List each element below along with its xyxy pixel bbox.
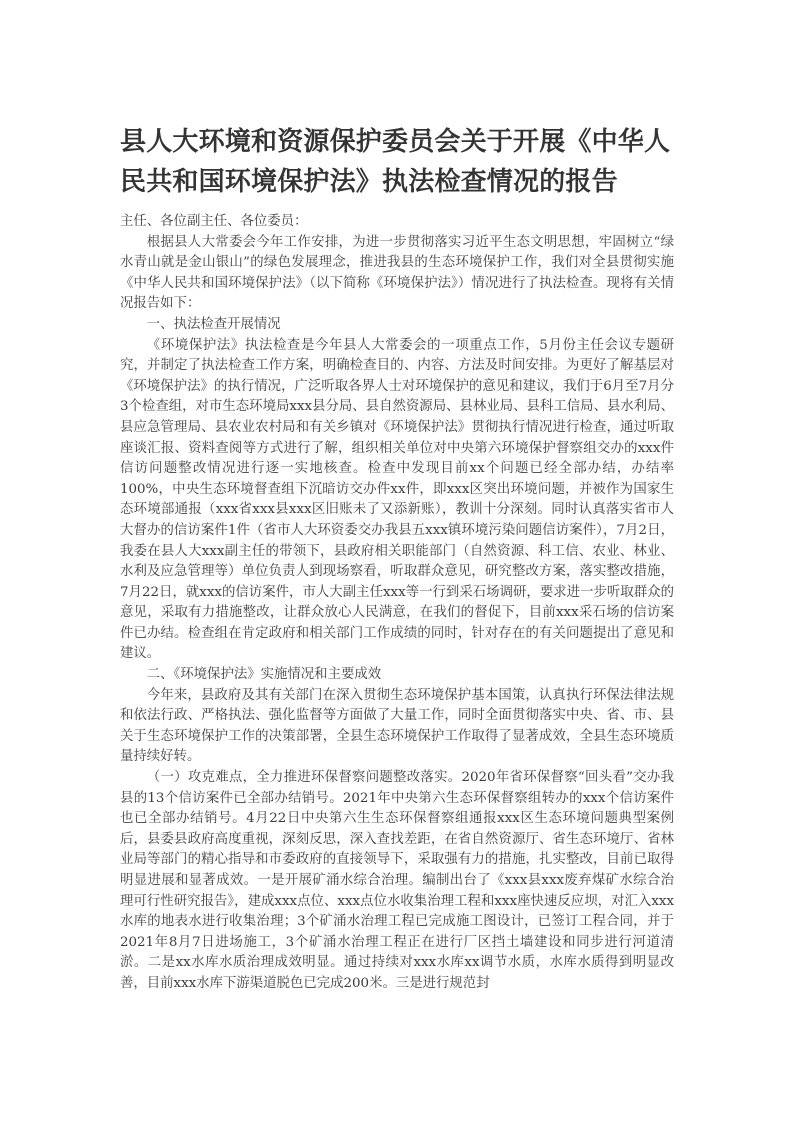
subsection-1-paragraph: （一）攻克难点，全力推进环保督察问题整改落实。2020年省环保督察“回头看”交办… bbox=[120, 768, 674, 995]
document-page: 县人大环境和资源保护委员会关于开展《中华人民共和国环境保护法》执法检查情况的报告… bbox=[120, 122, 674, 995]
document-title: 县人大环境和资源保护委员会关于开展《中华人民共和国环境保护法》执法检查情况的报告 bbox=[120, 122, 674, 202]
section-2-paragraph: 今年来，县政府及其有关部门在深入贯彻生态环境保护基本国策，认真执行环保法律法规和… bbox=[120, 686, 674, 768]
section-1-paragraph: 《环境保护法》执法检查是今年县人大常委会的一项重点工作，5月份主任会议专题研究，… bbox=[120, 336, 674, 666]
intro-paragraph: 根据县人大常委会今年工作安排，为进一步贯彻落实习近平生态文明思想，牢固树立“绿水… bbox=[120, 233, 674, 315]
salutation: 主任、各位副主任、各位委员： bbox=[120, 212, 674, 233]
section-heading-1: 一、执法检查开展情况 bbox=[120, 315, 674, 336]
section-heading-2: 二、《环境保护法》实施情况和主要成效 bbox=[120, 665, 674, 686]
